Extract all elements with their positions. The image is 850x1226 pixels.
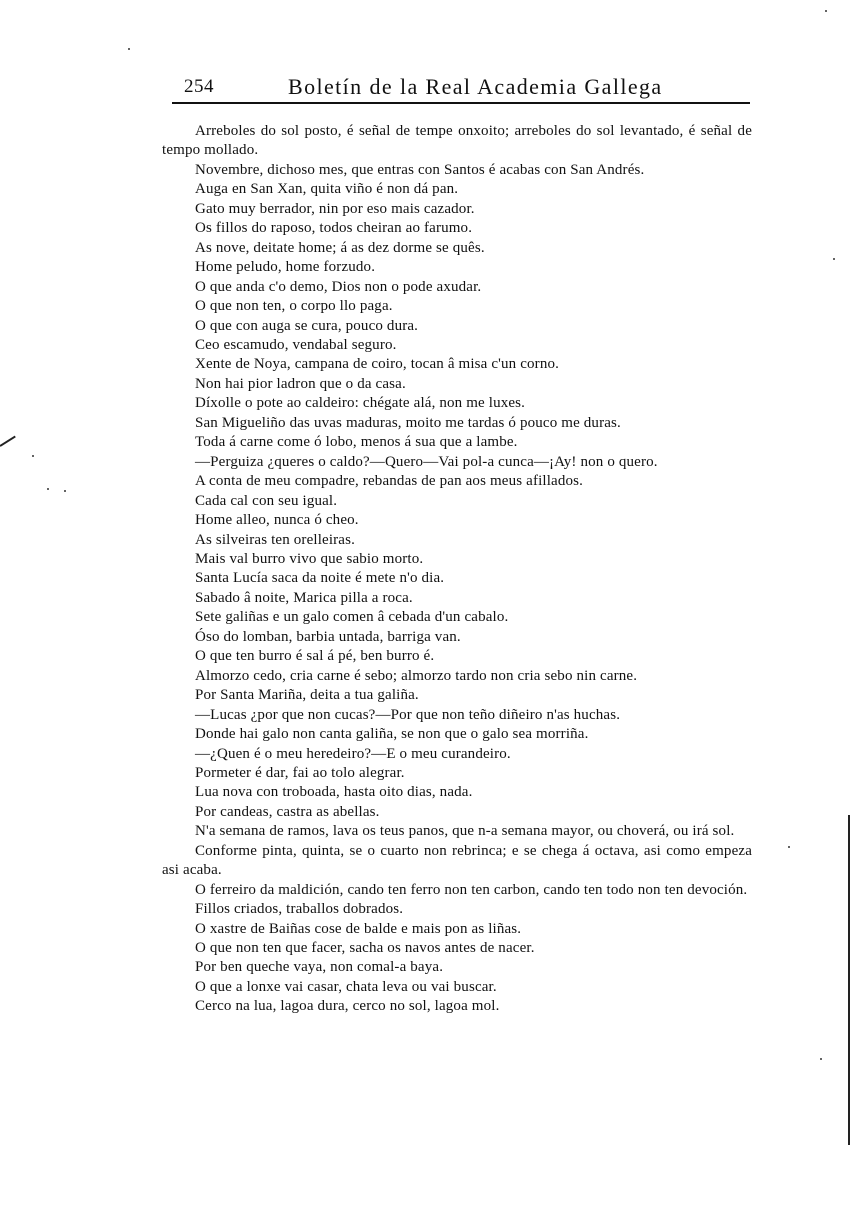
proverb-paragraph: Por candeas, castra as abellas. [162, 803, 752, 822]
proverb-paragraph: O ferreiro da maldición, cando ten ferro… [162, 881, 752, 900]
proverb-paragraph: Cada cal con seu igual. [162, 492, 752, 511]
page-header: 254 Boletín de la Real Academia Gallega [172, 72, 750, 104]
scan-speck [820, 1058, 822, 1060]
proverb-paragraph: Por Santa Mariña, deita a tua galiña. [162, 686, 752, 705]
proverb-paragraph: Sete galiñas e un galo comen â cebada d'… [162, 608, 752, 627]
scan-speck [32, 455, 34, 457]
proverb-paragraph: As nove, deitate home; á as dez dorme se… [162, 239, 752, 258]
scan-speck [128, 48, 130, 50]
proverb-paragraph: Xente de Noya, campana de coiro, tocan â… [162, 355, 752, 374]
proverb-paragraph: Fillos criados, traballos dobrados. [162, 900, 752, 919]
proverb-paragraph: Non hai pior ladron que o da casa. [162, 375, 752, 394]
proverb-paragraph: Gato muy berrador, nin por eso mais caza… [162, 200, 752, 219]
proverb-paragraph: Díxolle o pote ao caldeiro: chégate alá,… [162, 394, 752, 413]
proverb-list: Arreboles do sol posto, é señal de tempe… [162, 122, 752, 1017]
proverb-paragraph: Auga en San Xan, quita viño é non dá pan… [162, 180, 752, 199]
proverb-paragraph: Cerco na lua, lagoa dura, cerco no sol, … [162, 997, 752, 1016]
proverb-paragraph: Óso do lomban, barbia untada, barriga va… [162, 628, 752, 647]
proverb-paragraph: Ceo escamudo, vendabal seguro. [162, 336, 752, 355]
proverb-paragraph: N'a semana de ramos, lava os teus panos,… [162, 822, 752, 841]
proverb-paragraph: Donde hai galo non canta galiña, se non … [162, 725, 752, 744]
proverb-paragraph: Almorzo cedo, cria carne é sebo; almorzo… [162, 667, 752, 686]
proverb-paragraph: A conta de meu compadre, rebandas de pan… [162, 472, 752, 491]
proverb-paragraph: O que a lonxe vai casar, chata leva ou v… [162, 978, 752, 997]
proverb-paragraph: Toda á carne come ó lobo, menos á sua qu… [162, 433, 752, 452]
proverb-paragraph: O que anda c'o demo, Dios non o pode axu… [162, 278, 752, 297]
proverb-paragraph: Sabado â noite, Marica pilla a roca. [162, 589, 752, 608]
scan-speck [788, 846, 790, 848]
proverb-paragraph: Home alleo, nunca ó cheo. [162, 511, 752, 530]
proverb-paragraph: San Migueliño das uvas maduras, moito me… [162, 414, 752, 433]
proverb-paragraph: O que non ten, o corpo llo paga. [162, 297, 752, 316]
proverb-paragraph: O que con auga se cura, pouco dura. [162, 317, 752, 336]
proverb-paragraph: Pormeter é dar, fai ao tolo alegrar. [162, 764, 752, 783]
header-rule [172, 102, 750, 104]
proverb-paragraph: Home peludo, home forzudo. [162, 258, 752, 277]
running-title: Boletín de la Real Academia Gallega [288, 74, 663, 100]
proverb-paragraph: Santa Lucía saca da noite é mete n'o dia… [162, 569, 752, 588]
proverb-paragraph: Por ben queche vaya, non comal-a baya. [162, 958, 752, 977]
scan-speck [47, 488, 49, 490]
proverb-paragraph: O que non ten que facer, sacha os navos … [162, 939, 752, 958]
proverb-paragraph: Arreboles do sol posto, é señal de tempe… [162, 122, 752, 161]
scan-speck [825, 10, 827, 12]
proverb-paragraph: Lua nova con troboada, hasta oito dias, … [162, 783, 752, 802]
proverb-paragraph: —¿Quen é o meu heredeiro?—E o meu curand… [162, 745, 752, 764]
scan-speck [64, 490, 66, 492]
proverb-paragraph: Mais val burro vivo que sabio morto. [162, 550, 752, 569]
proverb-paragraph: Novembre, dichoso mes, que entras con Sa… [162, 161, 752, 180]
proverb-paragraph: O xastre de Baiñas cose de balde e mais … [162, 920, 752, 939]
proverb-paragraph: As silveiras ten orelleiras. [162, 531, 752, 550]
scan-stroke-mark [0, 436, 16, 447]
proverb-paragraph: Conforme pinta, quinta, se o cuarto non … [162, 842, 752, 881]
proverb-paragraph: O que ten burro é sal á pé, ben burro é. [162, 647, 752, 666]
proverb-paragraph: —Perguiza ¿queres o caldo?—Quero—Vai pol… [162, 453, 752, 472]
proverb-paragraph: Os fillos do raposo, todos cheiran ao fa… [162, 219, 752, 238]
scan-speck [833, 258, 835, 260]
page-number: 254 [184, 76, 214, 98]
proverb-paragraph: —Lucas ¿por que non cucas?—Por que non t… [162, 706, 752, 725]
